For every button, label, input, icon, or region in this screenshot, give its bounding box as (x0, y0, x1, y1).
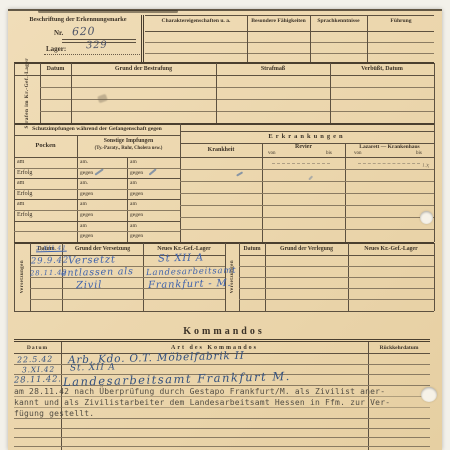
rule (14, 178, 180, 179)
card-top-edge-shadow (38, 10, 178, 13)
rule (14, 428, 430, 429)
rule (14, 123, 434, 125)
hw-row3-grund: Zivil (76, 280, 102, 292)
erkennungsmarke-label: Beschriftung der Erkennungsmarke (14, 17, 142, 24)
rule (14, 189, 180, 190)
versetzungen-left-col-lager: Neues Kr.-Gef.-Lager (143, 246, 225, 252)
header-col-charakter: Charaktereigenschaften u. a. (146, 18, 246, 24)
rule (239, 266, 434, 267)
rule (247, 15, 248, 62)
imp-row-label: am (17, 201, 24, 208)
lazarett-bis-label: bis (416, 151, 422, 157)
rule (180, 193, 434, 194)
typed-note-line3: fügung gestellt. (14, 409, 94, 418)
rule (180, 157, 434, 158)
hole-punch (421, 387, 437, 402)
imp-row-cell: am (130, 201, 137, 207)
hw-kommando3-datum: 28.11.42. (14, 374, 62, 385)
strafen-col-datum: Datum (40, 66, 71, 73)
strafen-col-verbuesst: Verbüßt, Datum (330, 66, 434, 73)
rule (14, 199, 180, 200)
header-col-fuehrung: Führung (368, 18, 434, 24)
versetzungen-right-col-datum: Datum (239, 246, 265, 252)
imp-row-label: am (17, 180, 24, 187)
rule (44, 54, 140, 55)
versetzungen-right-col-grund: Grund der Verlegung (265, 246, 348, 252)
hw-kommando2-art: St. XII A (70, 362, 116, 373)
rule (14, 446, 430, 447)
impfungen-col-pocken: Pocken (14, 142, 77, 149)
rule (40, 111, 434, 112)
imp-row-cell: gegen (80, 233, 93, 239)
impfungen-col-sonstige-sub: (Ty.-Paraty., Ruhr, Cholera usw.) (77, 146, 180, 151)
hw-row1-datum: 29.9.42 (31, 256, 69, 267)
rule (145, 15, 434, 16)
rule (434, 243, 435, 311)
rule (14, 210, 180, 211)
rule (14, 157, 180, 158)
imp-row-cell: gegen (80, 170, 93, 176)
rule (14, 437, 430, 438)
strafen-side-label: Strafen im Kr.-Gef.-Lager (24, 58, 30, 129)
strafen-side-label-wrap: Strafen im Kr.-Gef.-Lager (14, 63, 40, 123)
rule (14, 231, 180, 232)
header-col-sprachkenntnisse: Sprachkenntnisse (311, 18, 366, 24)
kommandos-col-rueckkehr: Rückkehrdatum (368, 345, 430, 351)
rule (14, 243, 15, 311)
rule (180, 229, 434, 230)
hw-kommando2-datum: 3.XI.42 (22, 365, 55, 375)
header-col-faehigkeiten: Besondere Fähigkeiten (248, 18, 309, 24)
imp-row-cell: gegen (130, 191, 143, 197)
lager-value: 329 (86, 40, 108, 52)
imp-row-cell: am. (80, 180, 88, 186)
rule (71, 63, 72, 123)
rule (14, 418, 430, 419)
imp-row-label: Erfolg (17, 212, 32, 219)
versetzungen-right-col-lager: Neues Kr.-Gef.-Lager (348, 246, 434, 252)
hw-row2-grund: entlassen als (61, 266, 134, 279)
erkrankungen-title: Erkrankungen (180, 133, 434, 140)
rule (141, 15, 144, 62)
imp-row-cell: am (130, 223, 137, 229)
faint-mark: 1.X (422, 164, 430, 170)
rule (216, 63, 217, 123)
strafen-col-grund: Grund der Bestrafung (71, 66, 216, 73)
rule (30, 299, 225, 300)
typed-note-line1: am 28.11.42 nach Überprüfung durch Gesta… (14, 387, 385, 396)
rule (14, 242, 434, 244)
versetzungen-left-col-grund: Grund der Versetzung (62, 246, 143, 252)
lazarett-von-label: von (354, 151, 362, 157)
rule (367, 15, 368, 62)
imp-row-label: am (17, 159, 24, 166)
imp-row-cell: am (80, 201, 87, 207)
rule (239, 288, 434, 289)
typed-note-line2: kannt und als Zivilistarbeiter dem Lande… (14, 398, 390, 407)
imp-row-cell: gegen (130, 212, 143, 218)
rule (180, 217, 434, 218)
imp-row-cell: am (130, 159, 137, 165)
pen-stroke (94, 168, 103, 175)
rule (14, 135, 180, 136)
pen-stroke (149, 168, 157, 175)
pen-stroke (308, 175, 313, 180)
rule (145, 31, 434, 32)
rule (180, 169, 434, 170)
hw-kommando1-datum: 22.5.42 (17, 355, 53, 365)
erkrankungen-col-krankheit: Krankheit (180, 147, 262, 154)
imp-row-cell: am (80, 223, 87, 229)
versetzungen-side-label-wrap: Versetzungen (14, 243, 30, 311)
rule (14, 407, 430, 408)
revier-von-label: von (268, 151, 276, 157)
impfungen-col-sonstige: Sonstige Impfungen (77, 138, 180, 144)
rule (14, 62, 434, 64)
hw-row1-grund: Versetzt (68, 254, 116, 266)
kommandos-title: Kommandos (14, 326, 434, 337)
erkrankungen-col-revier: Revier (262, 144, 345, 151)
pen-stroke (236, 171, 243, 176)
imp-row-cell: gegen (80, 212, 93, 218)
imp-row-label: Erfolg (17, 191, 32, 198)
prisoner-record-card: Beschriftung der Erkennungsmarke Nr. 620… (8, 9, 442, 450)
hole-punch (420, 211, 433, 224)
rule (14, 221, 180, 222)
rule (14, 63, 15, 123)
rule (180, 123, 181, 242)
rule (180, 131, 434, 132)
rule (14, 311, 434, 312)
strafen-col-strafmass: Strafmaß (216, 66, 330, 73)
imp-row-label: Erfolg (17, 170, 32, 177)
rule (239, 299, 434, 300)
imp-row-cell: gegen (130, 233, 143, 239)
rule (239, 255, 434, 256)
rule (180, 181, 434, 182)
faint-dash-mark (358, 163, 420, 164)
imp-row-cell: gegen (130, 170, 143, 176)
rule (14, 396, 430, 397)
nr-value: 620 (72, 25, 96, 39)
rule (434, 123, 435, 242)
faint-dash-mark (272, 163, 330, 164)
rule (145, 53, 434, 54)
rule (310, 15, 311, 62)
kommandos-col-datum: Datum (14, 345, 61, 351)
imp-row-cell: gegen (80, 191, 93, 197)
versetzungen-side-label: Versetzungen (20, 260, 25, 294)
rule (14, 123, 15, 242)
imp-row-cell: am. (80, 159, 88, 165)
rule (239, 277, 434, 278)
nr-label: Nr. (54, 30, 63, 38)
rule (145, 42, 434, 43)
hw-row1-lager: St XII A (158, 252, 204, 264)
revier-bis-label: bis (326, 151, 332, 157)
hw-row3-lager: Frankfurt - M. (148, 278, 232, 291)
rule (434, 63, 435, 123)
rule (330, 63, 331, 123)
lager-label: Lager: (46, 46, 66, 54)
hw-datum-note: 2.XII.41 (36, 245, 67, 253)
rule (40, 87, 434, 88)
erkrankungen-col-lazarett: Lazarett — Krankenhaus (345, 144, 434, 150)
pencil-smudge (97, 94, 108, 104)
rule (180, 205, 434, 206)
rule (14, 75, 434, 76)
impfungen-title: Schutzimpfungen während der Gefangenscha… (14, 126, 180, 132)
imp-row-cell: am (130, 180, 137, 186)
